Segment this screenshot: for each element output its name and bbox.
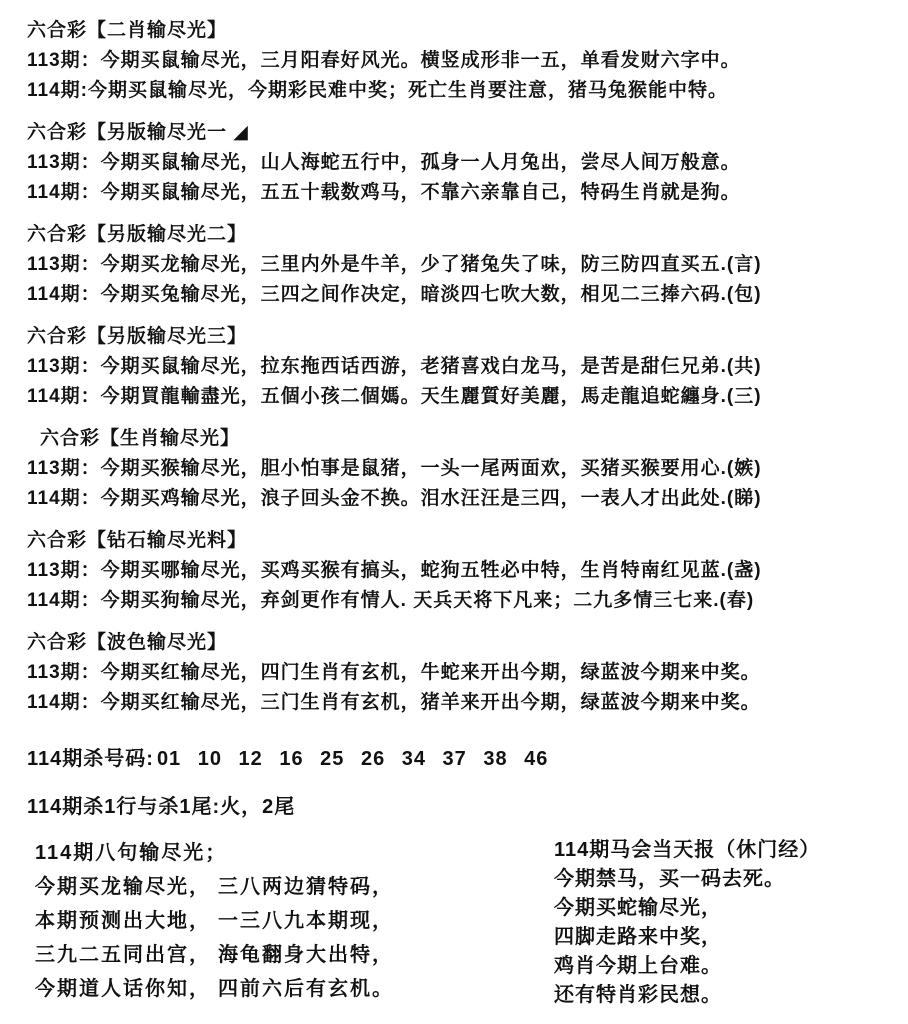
verse-cell: 四前六后有玄机。 — [218, 972, 394, 1006]
daily-report-line: 今期买蛇输尽光， — [554, 894, 898, 923]
prediction-line-113: 113期：今期买哪输尽光，买鸡买猴有搞头，蛇狗五牲必中特，生肖特南红见蓝.(盏) — [27, 556, 898, 586]
verse-cell: 本期预测出大地， — [35, 904, 218, 938]
prediction-line-113: 113期：今期买龙输尽光，三里内外是牛羊，少了猪兔失了味，防三防四直买五.(言) — [27, 250, 898, 280]
daily-report-title: 114期马会当天报（休门经） — [554, 836, 898, 865]
prediction-line-114: 114期：今期买狗输尽光，弃剑更作有情人. 天兵天将下凡来；二九多情三七来.(春… — [27, 586, 898, 616]
section-header: 六合彩【钻石输尽光料】 — [27, 526, 898, 556]
eight-verse-block: 114期八句输尽光； 今期买龙输尽光， 三八两边猜特码， 本期预测出大地， 一三… — [27, 836, 554, 1006]
prediction-line-113: 113期：今期买猴输尽光，胆小怕事是鼠猪，一头一尾两面欢，买猪买猴要用心.(嫉) — [27, 454, 898, 484]
kill-row-tail-line: 114期杀1行与杀1尾:火，2尾 — [27, 792, 898, 822]
prediction-line-113: 113期：今期买鼠输尽光，拉东拖西话西游，老猪喜戏白龙马，是苦是甜仨兄弟.(共) — [27, 352, 898, 382]
section-zuanshi: 六合彩【钻石输尽光料】 113期：今期买哪输尽光，买鸡买猴有搞头，蛇狗五牲必中特… — [27, 526, 898, 616]
daily-report-block: 114期马会当天报（休门经） 今期禁马，买一码去死。 今期买蛇输尽光， 四脚走路… — [554, 836, 898, 1010]
section-header: 六合彩【生肖输尽光】 — [27, 424, 898, 454]
verse-cell: 今期道人话你知， — [35, 972, 218, 1006]
verse-cell: 海龟翻身大出特， — [218, 938, 394, 972]
prediction-line-114: 114期：今期买兔输尽光，三四之间作决定，暗淡四七吹大数，相见二三捧六码.(包) — [27, 280, 898, 310]
prediction-line-114: 114期：今期买鸡输尽光，浪子回头金不换。泪水汪汪是三四，一表人才出此处.(睇) — [27, 484, 898, 514]
section-bose: 六合彩【波色输尽光】 113期：今期买红输尽光，四门生肖有玄机，牛蛇来开出今期，… — [27, 628, 898, 718]
section-alt-two: 六合彩【另版输尽光二】 113期：今期买龙输尽光，三里内外是牛羊，少了猪兔失了味… — [27, 220, 898, 310]
prediction-line-114: 114期：今期買龍輸盡光，五個小孩二個媽。天生麗質好美麗，馬走龍追蛇纏身.(三) — [27, 382, 898, 412]
verse-cell: 三九二五同出宫， — [35, 938, 218, 972]
prediction-line-114: 114期：今期买红输尽光，三门生肖有玄机，猪羊来开出今期，绿蓝波今期来中奖。 — [27, 688, 898, 718]
verse-row: 今期道人话你知， 四前六后有玄机。 — [35, 972, 554, 1006]
daily-report-line: 鸡肖今期上台难。 — [554, 952, 898, 981]
section-alt-one: 六合彩【另版输尽光一 ◢ 113期：今期买鼠输尽光，山人海蛇五行中，孤身一人月兔… — [27, 118, 898, 208]
section-header: 六合彩【另版输尽光一 ◢ — [27, 118, 898, 148]
prediction-line-114: 114期:今期买鼠输尽光，今期彩民难中奖；死亡生肖要注意，猪马兔猴能中特。 — [27, 76, 898, 106]
section-header: 六合彩【二肖输尽光】 — [27, 16, 898, 46]
kill-numbers-label: 114期杀号码: — [27, 748, 154, 770]
kill-numbers-line: 114期杀号码:01 10 12 16 25 26 34 37 38 46 — [27, 744, 898, 774]
kill-numbers-values: 01 10 12 16 25 26 34 37 38 46 — [154, 748, 548, 770]
daily-report-line: 今期禁马，买一码去死。 — [554, 865, 898, 894]
verse-row: 今期买龙输尽光， 三八两边猜特码， — [35, 870, 554, 904]
daily-report-line: 还有特肖彩民想。 — [554, 981, 898, 1010]
verse-row: 三九二五同出宫， 海龟翻身大出特， — [35, 938, 554, 972]
eight-verse-title: 114期八句输尽光； — [35, 836, 554, 870]
verse-cell: 今期买龙输尽光， — [35, 870, 218, 904]
prediction-line-113: 113期：今期买红输尽光，四门生肖有玄机，牛蛇来开出今期，绿蓝波今期来中奖。 — [27, 658, 898, 688]
prediction-line-113: 113期：今期买鼠输尽光，三月阳春好风光。横竖成形非一五，单看发财六字中。 — [27, 46, 898, 76]
section-shengxiao: 六合彩【生肖输尽光】 113期：今期买猴输尽光，胆小怕事是鼠猪，一头一尾两面欢，… — [27, 424, 898, 514]
verse-cell: 一三八九本期现， — [218, 904, 394, 938]
verse-cell: 三八两边猜特码， — [218, 870, 394, 904]
section-header: 六合彩【另版输尽光二】 — [27, 220, 898, 250]
prediction-line-113: 113期：今期买鼠输尽光，山人海蛇五行中，孤身一人月兔出，尝尽人间万般意。 — [27, 148, 898, 178]
verse-row: 本期预测出大地， 一三八九本期现， — [35, 904, 554, 938]
section-alt-three: 六合彩【另版输尽光三】 113期：今期买鼠输尽光，拉东拖西话西游，老猪喜戏白龙马… — [27, 322, 898, 412]
section-header: 六合彩【另版输尽光三】 — [27, 322, 898, 352]
prediction-line-114: 114期：今期买鼠输尽光，五五十载数鸡马，不靠六亲靠自己，特码生肖就是狗。 — [27, 178, 898, 208]
section-two-xiao: 六合彩【二肖输尽光】 113期：今期买鼠输尽光，三月阳春好风光。横竖成形非一五，… — [27, 16, 898, 106]
lottery-tip-sheet: 六合彩【二肖输尽光】 113期：今期买鼠输尽光，三月阳春好风光。横竖成形非一五，… — [0, 0, 908, 1010]
section-header: 六合彩【波色输尽光】 — [27, 628, 898, 658]
daily-report-line: 四脚走路来中奖， — [554, 923, 898, 952]
bottom-columns: 114期八句输尽光； 今期买龙输尽光， 三八两边猜特码， 本期预测出大地， 一三… — [27, 836, 898, 1010]
